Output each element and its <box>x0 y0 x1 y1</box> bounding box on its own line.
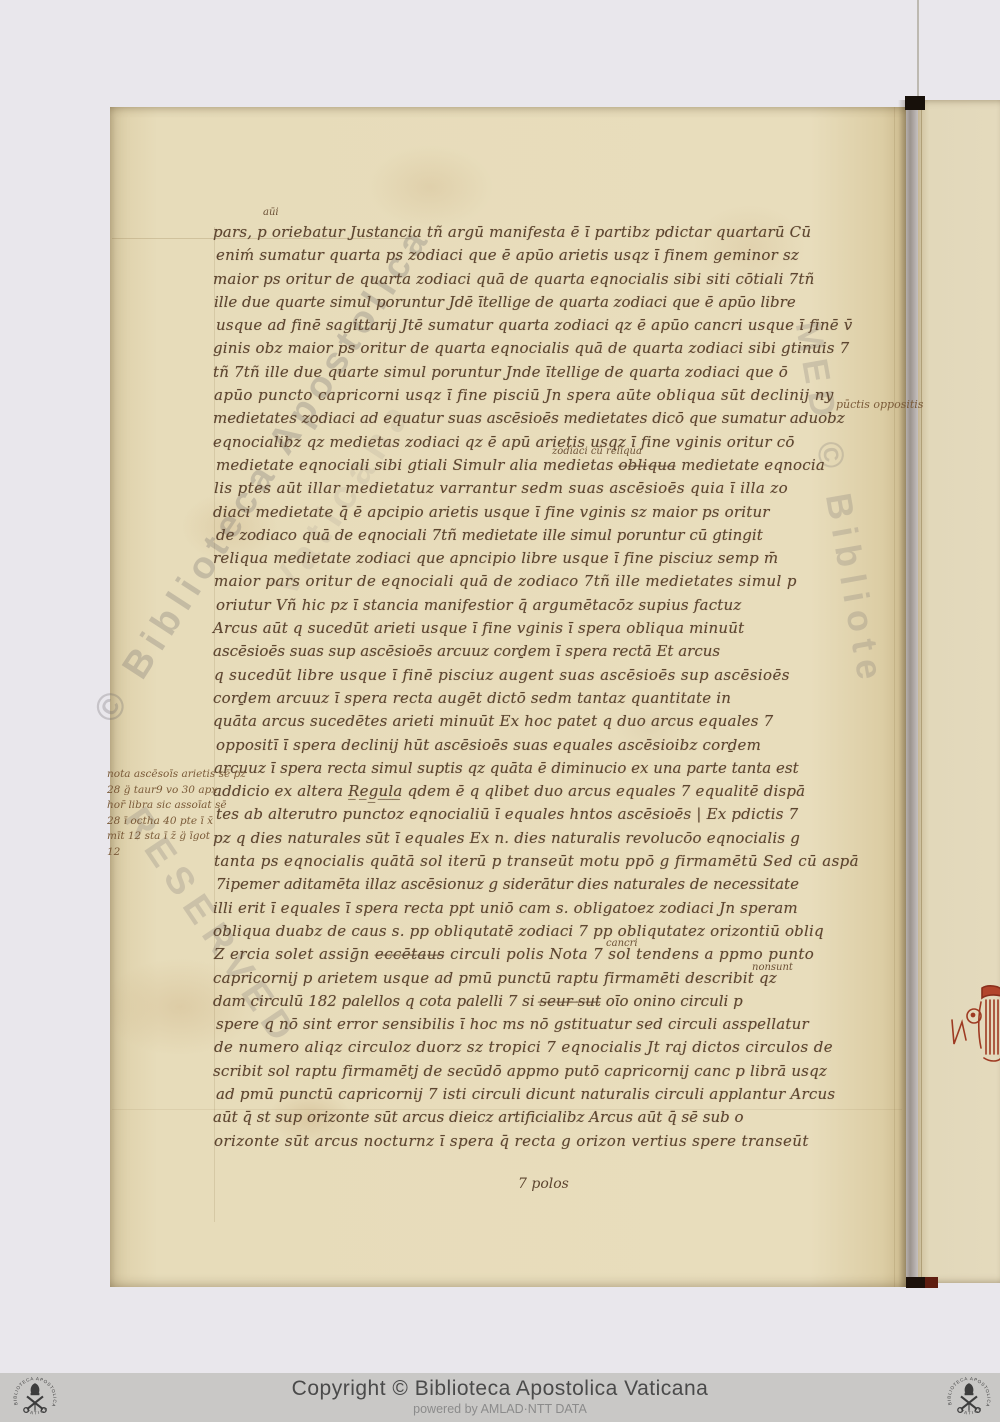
manuscript-text-line: scribit sol raptu firmamētj de secūdō ap… <box>213 1060 841 1083</box>
manuscript-text-line: tñ 7tñ ille due quarte simul poruntur Jn… <box>213 361 841 384</box>
binding-thread <box>917 0 919 100</box>
manuscript-text-line: ille due quarte simul poruntur Jdē ītell… <box>214 291 841 314</box>
manuscript-text-line: de zodiaco quā de eqnociali 7tñ medietat… <box>216 524 841 547</box>
margin-note-right: pūctis oppositis <box>836 398 923 411</box>
manuscript-text-line: 7ipemer aditamēta illaz ascēsionuz g sid… <box>216 873 841 896</box>
facing-page-edge <box>918 100 1000 1283</box>
manuscript-text-line: Z ercia solet assiḡn e̶c̶c̶ē̶t̶a̶u̶s̶ ci… <box>214 943 841 966</box>
manuscript-text-line: spere q nō sint error sensibilis ī hoc m… <box>216 1013 841 1036</box>
manuscript-text-line: oriutur Vñ hic pz ī stancia manifestior … <box>216 594 841 617</box>
manuscript-text-line: arcuuz ī spera recta simul suptis qz quā… <box>214 757 841 780</box>
manuscript-text-line: eqnocialibz qz medietas zodiaci qz ē apū… <box>213 431 841 454</box>
footer-text: Copyright © Biblioteca Apostolica Vatica… <box>0 1377 1000 1416</box>
gutter-shadow <box>898 100 920 1287</box>
manuscript-text-line: pars, p oriebatur Justancia tñ argū mani… <box>213 221 841 244</box>
manuscript-text-line: ad pmū punctū capricornij 7 isti circuli… <box>216 1083 841 1106</box>
manuscript-text-line: apūo puncto capricorni usqz ī fine pisci… <box>214 384 841 407</box>
catchword: 7 polos <box>518 1176 569 1192</box>
manuscript-text-line: medietates zodiaci ad equatur suas ascēs… <box>213 407 841 430</box>
powered-by-text: powered by AMLAD·NTT DATA <box>0 1402 1000 1416</box>
manuscript-text-line: pz q dies naturales sūt ī equales Ex n. … <box>213 827 841 850</box>
manuscript-text-line: aūt q̄ st sup orizonte sūt arcus dieicz … <box>213 1106 841 1129</box>
manuscript-text-line: corḏem arcuuz ī spera recta augēt dictō … <box>213 687 841 710</box>
interlinear-note: cancri <box>606 938 638 949</box>
scan-viewport: © Biblioteca Apostolica RESERVED MED © B… <box>0 0 1000 1422</box>
manuscript-text-line: obliqua duabz de caus s. pp obliqutatē z… <box>213 920 841 943</box>
gutter-dark-marker <box>906 1277 938 1288</box>
manuscript-text-line: reliqua medietate zodiaci que apncipio l… <box>213 547 841 570</box>
margin-note-left: nota ascēsoīs arietis sē pz28 g̈ taur9 v… <box>107 767 225 860</box>
margin-note-line: 28 ī octha 40 pte ī x̄ <box>107 814 225 830</box>
manuscript-text-line: illi erit ī equales ī spera recta ppt un… <box>213 897 841 920</box>
interlinear-correction: zodiaci cū reliqua <box>552 446 642 457</box>
manuscript-text-line: q sucedūt libre usque ī finē pisciuz aug… <box>214 664 841 687</box>
manuscript-text-line: tanta ps eqnocialis quātā sol iterū p tr… <box>214 850 841 873</box>
manuscript-text-line: usque ad finē sagittarij Jtē sumatur qua… <box>216 314 841 337</box>
footer-bar: Copyright © Biblioteca Apostolica Vatica… <box>0 1373 1000 1422</box>
manuscript-text-line: diaci medietate q̄ ē apcipio arietis usq… <box>213 501 841 524</box>
manuscript-text-line: oppositī ī spera declinij hūt ascēsioēs … <box>216 734 841 757</box>
manuscript-text-line: Arcus aūt q sucedūt arieti usque ī fine … <box>213 617 841 640</box>
manuscript-text-line: de numero aliqz circuloz duorz sz tropic… <box>214 1036 841 1059</box>
manuscript-text-line: tes ab alterutro punctoz eqnocialiū ī eq… <box>216 803 841 826</box>
manuscript-text-line: ginis obz maior ps oritur de quarta eqno… <box>213 337 841 360</box>
manuscript-text-line: maior ps oritur de quarta zodiaci quā de… <box>213 268 841 291</box>
crease-line <box>894 107 895 1287</box>
manuscript-text-line: dam circulū 182 palellos q cota palelli … <box>213 990 841 1013</box>
red-ink-sketch <box>948 982 1000 1078</box>
manuscript-text-line: orizonte sūt arcus nocturnz ī spera q̄ r… <box>214 1130 841 1153</box>
interlinear-note: aūi <box>263 207 279 218</box>
manuscript-text-line: maior pars oritur de eqnociali quā de zo… <box>214 570 841 593</box>
gutter-black-marker <box>905 96 925 110</box>
manuscript-text-line: quāta arcus sucedētes arieti minuūt Ex h… <box>213 710 841 733</box>
margin-note-line: nota ascēsoīs arietis sē pz <box>107 767 225 783</box>
copyright-text: Copyright © Biblioteca Apostolica Vatica… <box>0 1377 1000 1401</box>
vatican-library-seal-icon: BIBLIOTECA APOSTOLICA VATICANA <box>7 1374 63 1422</box>
margin-note-line: 12 <box>107 845 225 861</box>
manuscript-text-line: eniḿ sumatur quarta ps zodiaci que ē apū… <box>216 244 841 267</box>
margin-note-line: 28 g̈ taur9 vo 30 apx <box>107 783 225 799</box>
manuscript-text-block: pars, p oriebatur Justancia tñ argū mani… <box>213 221 841 1153</box>
manuscript-text-line: lis ptes aūt illar medietatuz varrantur … <box>214 477 841 500</box>
manuscript-text-line: addicio ex altera R̲e̲g̲u̲l̲a̲ qdem ē q … <box>213 780 841 803</box>
manuscript-text-line: ascēsioēs suas sup ascēsioēs arcuuz corḏ… <box>213 640 841 663</box>
margin-note-line: mīt 12 sta ī z̄ g̈ īgot <box>107 829 225 845</box>
manuscript-text-line: medietate eqnociali sibi gtiali Simulr a… <box>216 454 841 477</box>
manuscript-text-line: capricornij p arietem usque ad pmū punct… <box>213 967 841 990</box>
margin-note-line: hor̄ libra sic assoīat sē <box>107 798 225 814</box>
interlinear-note: nonsunt <box>752 962 793 973</box>
facing-page-fold <box>921 102 922 1280</box>
vatican-library-seal-icon: BIBLIOTECA APOSTOLICA VATICANA <box>941 1374 997 1422</box>
